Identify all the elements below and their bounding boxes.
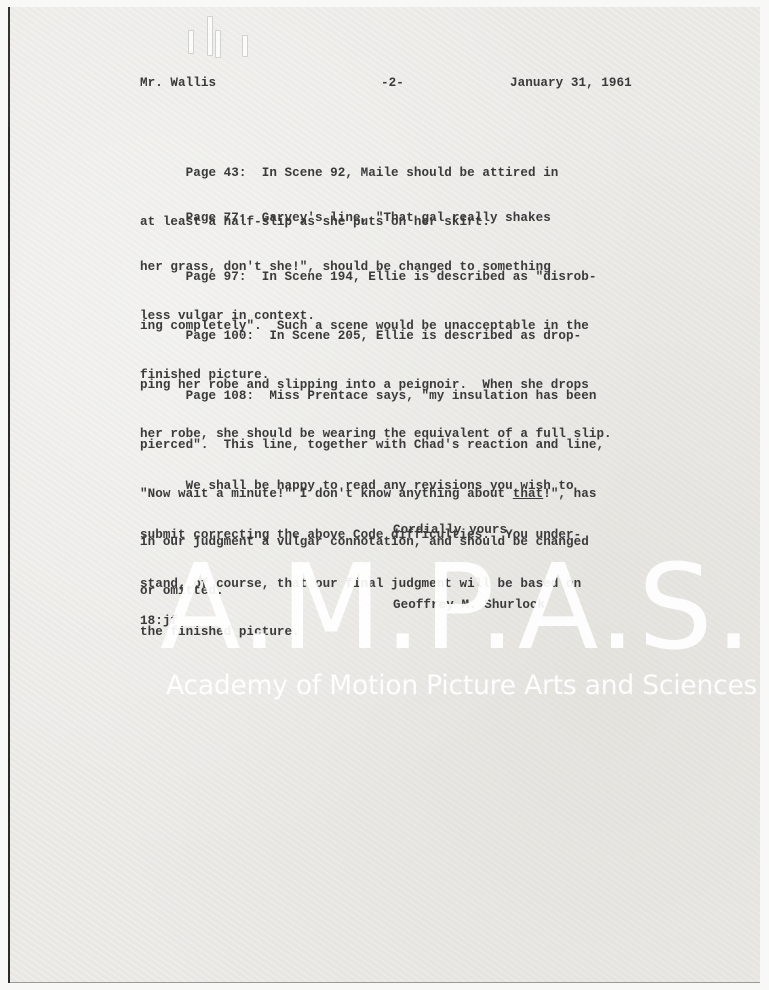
- salutation: Cordially yours,: [393, 522, 515, 538]
- paper-edge-shadow: [8, 7, 10, 127]
- staple-mark: [242, 35, 248, 57]
- staple-mark: [207, 16, 213, 56]
- letter-date: January 31, 1961: [510, 75, 632, 91]
- text-line: We shall be happy to read any revisions …: [140, 478, 700, 494]
- text-line: Page 108: Miss Prentace says, "my insula…: [140, 388, 700, 404]
- staple-mark: [215, 30, 221, 58]
- watermark-full-name: Academy of Motion Picture Arts and Scien…: [166, 670, 757, 701]
- recipient-header: Mr. Wallis: [140, 75, 216, 91]
- staple-mark: [188, 30, 194, 54]
- text-line: Page 97: In Scene 194, Ellie is describe…: [140, 269, 700, 285]
- text-line: Page 77: Garvey's line, "That gal really…: [140, 210, 700, 226]
- watermark-acronym: A.M.P.A.S.: [160, 548, 754, 666]
- page-number: -2-: [381, 75, 404, 91]
- text-line: Page 100: In Scene 205, Ellie is describ…: [140, 328, 700, 344]
